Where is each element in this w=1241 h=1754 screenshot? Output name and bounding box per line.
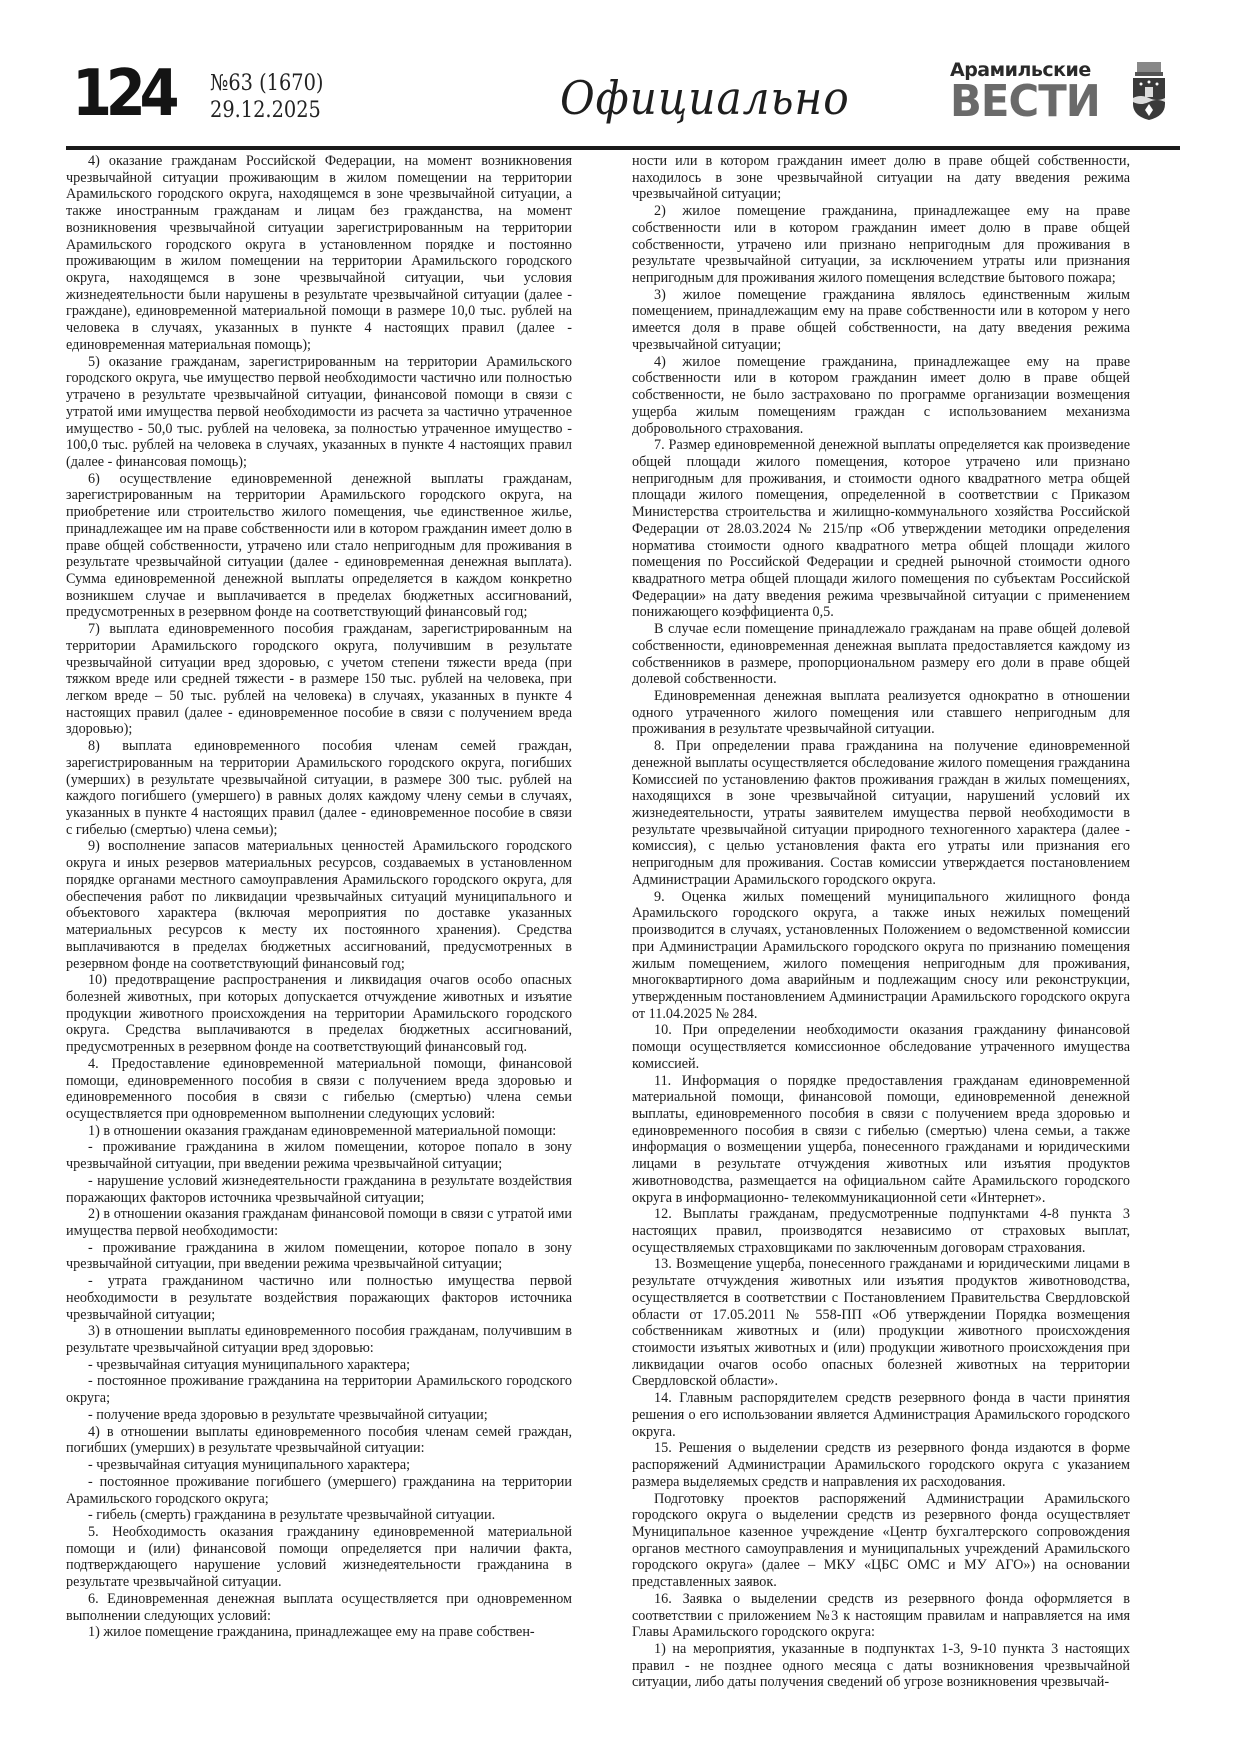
paragraph: 16. Заявка о выделении средств из резерв… <box>632 1591 1130 1641</box>
paragraph: 3) жилое помещение гражданина являлось е… <box>632 287 1130 354</box>
paragraph: 4) в отношении выплаты единовременного п… <box>66 1424 572 1457</box>
paragraph: - проживание гражданина в жилом помещени… <box>66 1139 572 1172</box>
paragraph: 3) в отношении выплаты единовременного п… <box>66 1323 572 1356</box>
issue-date: 29.12.2025 <box>210 97 323 124</box>
paragraph: 14. Главным распорядителем средств резер… <box>632 1390 1130 1440</box>
paragraph: 9) восполнение запасов материальных ценн… <box>66 838 572 972</box>
header-rule <box>66 146 1180 150</box>
newspaper-logo: Арамильские ВЕСТИ <box>950 60 1110 124</box>
paragraph: 6) осуществление единовременной денежной… <box>66 471 572 621</box>
paragraph: 4) жилое помещение гражданина, принадлеж… <box>632 354 1130 438</box>
paragraph: 7) выплата единовременного пособия гражд… <box>66 621 572 738</box>
paragraph: 12. Выплаты гражданам, предусмотренные п… <box>632 1206 1130 1256</box>
paragraph: - чрезвычайная ситуация муниципального х… <box>66 1357 572 1374</box>
paragraph: 5) оказание гражданам, зарегистрированны… <box>66 354 572 471</box>
paragraph: - гибель (смерть) гражданина в результат… <box>66 1507 572 1524</box>
right-column: ности или в котором гражданин имеет долю… <box>632 153 1130 1691</box>
left-column: 4) оказание гражданам Российской Федерац… <box>66 153 572 1641</box>
paragraph: - чрезвычайная ситуация муниципального х… <box>66 1457 572 1474</box>
paragraph: 10) предотвращение распространения и лик… <box>66 972 572 1056</box>
paragraph: 1) жилое помещение гражданина, принадлеж… <box>66 1624 572 1641</box>
paragraph: 9. Оценка жилых помещений муниципального… <box>632 889 1130 1023</box>
paragraph: - нарушение условий жизнедеятельности гр… <box>66 1173 572 1206</box>
paragraph: - получение вреда здоровью в результате … <box>66 1407 572 1424</box>
paragraph: - постоянное проживание погибшего (умерш… <box>66 1474 572 1507</box>
paragraph: - постоянное проживание гражданина на те… <box>66 1373 572 1406</box>
paragraph: 8. При определении права гражданина на п… <box>632 738 1130 888</box>
paragraph: - утрата гражданином частично или полнос… <box>66 1273 572 1323</box>
paragraph: 6. Единовременная денежная выплата осуще… <box>66 1591 572 1624</box>
paragraph: Подготовку проектов распоряжений Админис… <box>632 1491 1130 1591</box>
paragraph: 13. Возмещение ущерба, понесенного гражд… <box>632 1256 1130 1390</box>
coat-of-arms-icon <box>1129 60 1169 122</box>
paragraph: 11. Информация о порядке предоставления … <box>632 1073 1130 1207</box>
paragraph: 8) выплата единовременного пособия члена… <box>66 738 572 838</box>
paragraph: 7. Размер единовременной денежной выплат… <box>632 437 1130 621</box>
logo-main-text: ВЕСТИ <box>950 80 1102 124</box>
paragraph: Единовременная денежная выплата реализуе… <box>632 688 1130 738</box>
paragraph: 1) на мероприятия, указанные в подпункта… <box>632 1641 1130 1691</box>
paragraph: 5. Необходимость оказания гражданину еди… <box>66 1524 572 1591</box>
paragraph: 15. Решения о выделении средств из резер… <box>632 1440 1130 1490</box>
section-title: Официально <box>560 70 850 126</box>
paragraph: 10. При определении необходимости оказан… <box>632 1022 1130 1072</box>
page-header: 124 №63 (1670) 29.12.2025 Официально Ара… <box>0 0 1241 150</box>
paragraph: 4. Предоставление единовременной материа… <box>66 1056 572 1123</box>
paragraph: - проживание гражданина в жилом помещени… <box>66 1240 572 1273</box>
page-number: 124 <box>72 62 173 126</box>
paragraph: В случае если помещение принадлежало гра… <box>632 621 1130 688</box>
paragraph: 2) жилое помещение гражданина, принадлеж… <box>632 203 1130 287</box>
paragraph: 4) оказание гражданам Российской Федерац… <box>66 153 572 354</box>
paragraph: 1) в отношении оказания гражданам единов… <box>66 1123 572 1140</box>
paragraph-continuation: ности или в котором гражданин имеет долю… <box>632 153 1130 203</box>
issue-info: №63 (1670) 29.12.2025 <box>210 70 323 124</box>
issue-number: №63 (1670) <box>210 70 323 97</box>
paragraph: 2) в отношении оказания гражданам финанс… <box>66 1206 572 1239</box>
